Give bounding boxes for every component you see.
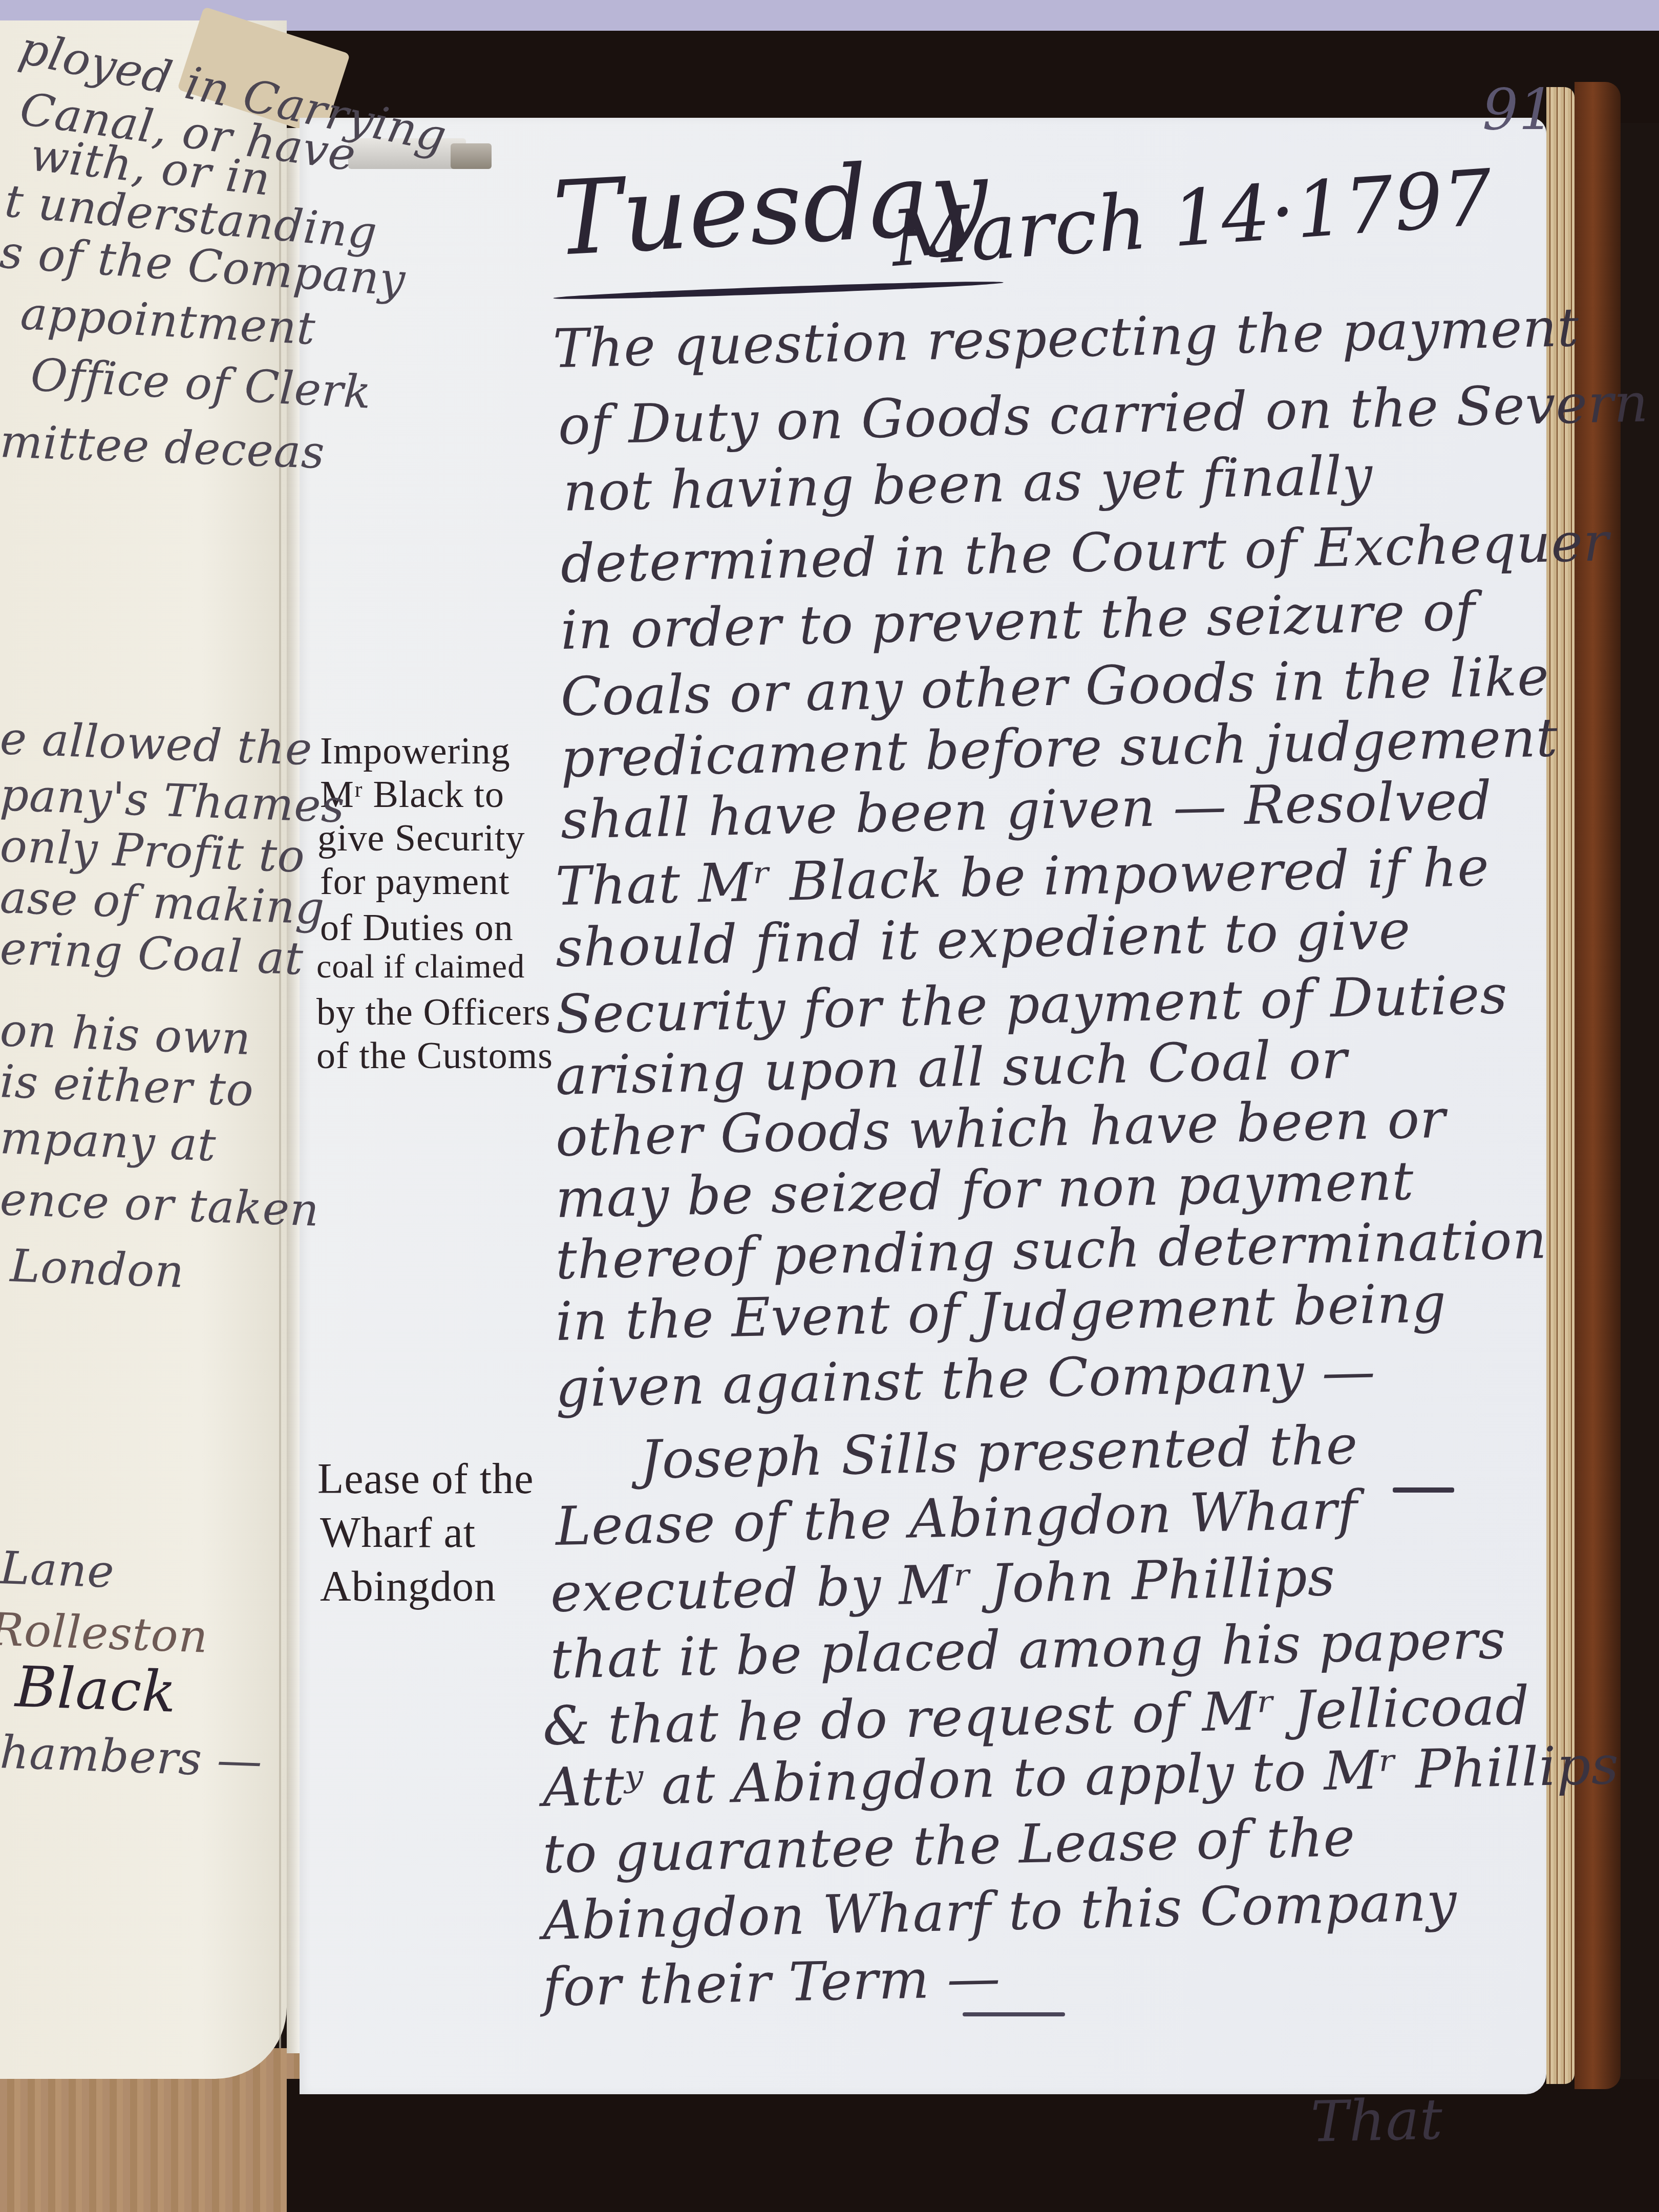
margin-note-line: for payment [320, 860, 510, 904]
margin-note-line: coal if claimed [316, 947, 525, 986]
left-page-line: is either to [0, 1055, 254, 1116]
line-end-dash [1393, 1487, 1454, 1493]
margin-note-line: Impowering [320, 730, 511, 773]
book-cover-bottom [287, 2079, 1659, 2212]
margin-note-line: of Duties on [320, 906, 514, 950]
headband-strip-end [451, 143, 492, 169]
margin-note-line: Mʳ Black to [320, 773, 504, 817]
catchword: That [1310, 2087, 1444, 2155]
margin-note-line: Abingdon [320, 1562, 496, 1611]
margin-note-line: Wharf at [320, 1508, 476, 1558]
left-page-line: mittee deceas [0, 415, 326, 479]
margin-note-line: Lease of the [317, 1454, 534, 1504]
left-page-line: mpany at [0, 1111, 217, 1172]
left-page-line: Black [14, 1654, 178, 1725]
margin-note-line: give Security [317, 817, 525, 860]
left-page-line: Lane [0, 1541, 115, 1598]
left-page-line: e allowed the [0, 712, 313, 775]
margin-note-line: of the Customs [316, 1034, 553, 1078]
left-page-line: ence or taken [0, 1173, 320, 1237]
margin-note-line: by the Officers [316, 991, 550, 1034]
book-cover-top [287, 31, 1659, 123]
body-line: for their Term — [542, 1946, 1002, 2018]
page-number: 91 [1482, 77, 1555, 142]
left-page-line: hambers — [0, 1726, 264, 1788]
left-page-line: ering Coal at [0, 922, 304, 985]
entry-end-dash [963, 2012, 1065, 2016]
left-page-line: London [9, 1239, 185, 1298]
